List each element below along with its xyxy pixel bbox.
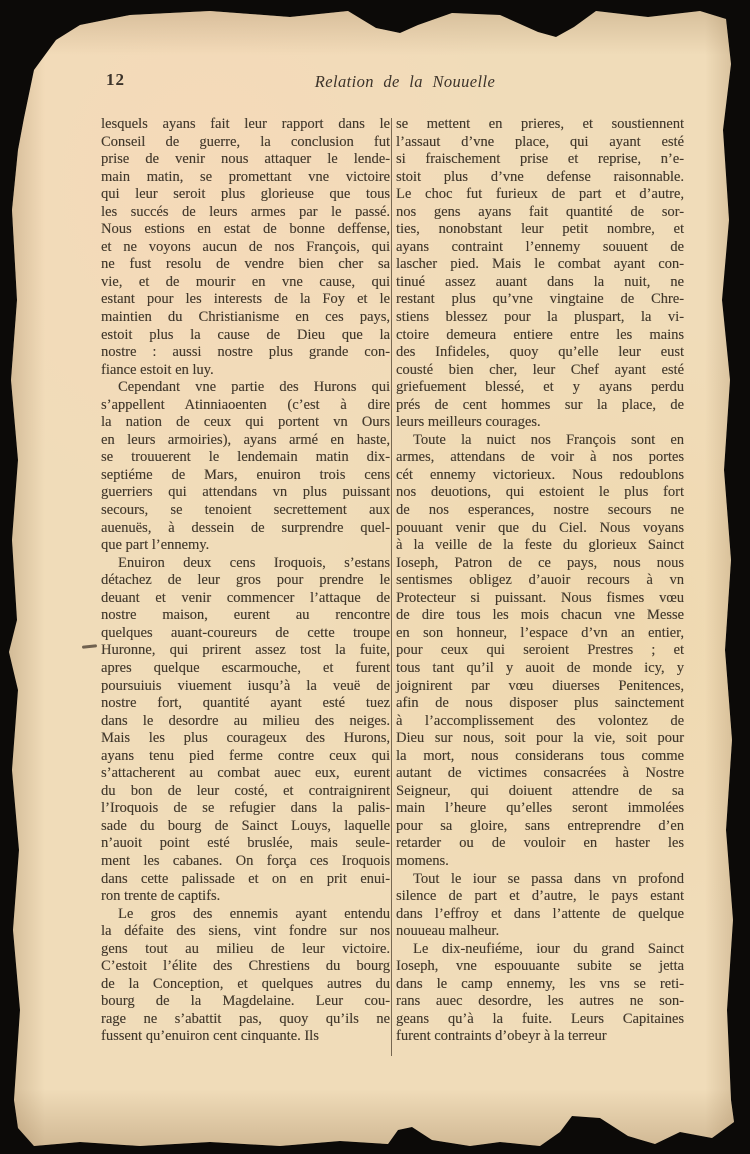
text-line: stoit plus d’vne defense raisonnable. — [396, 169, 684, 187]
text-line: deuant et venir commencer l’attaque de — [101, 590, 390, 608]
text-line: nouueau malheur. — [396, 923, 684, 941]
text-line: C’estoit l’élite des Chrestiens du bourg — [101, 958, 390, 976]
text-line: prés de cent hommes sur la place, de — [396, 397, 684, 415]
text-line: auenuës, à dessein de surprendre quel- — [101, 520, 390, 538]
text-line: pour sa gloire, sans entreprendre d’en — [396, 818, 684, 836]
text-line: tous tant qu’il y auoit de monde icy, y — [396, 660, 684, 678]
text-line: tinué assez auant dans la nuit, ne — [396, 274, 684, 292]
text-line: les succés de leurs armes par le passé. — [101, 204, 390, 222]
text-line: ctoire demeura entiere entre les mains — [396, 327, 684, 345]
text-line: Protecteur si puissant. Nous fismes vœu — [396, 590, 684, 608]
text-line: dans le camp ennemy, les vns se reti- — [396, 976, 684, 994]
margin-mark — [82, 644, 97, 649]
text-line: Ioseph, vne espouuante subite se jetta — [396, 958, 684, 976]
text-line: du bon de leur costé, et contraignirent — [101, 783, 390, 801]
text-line: Le dix-neufiéme, iour du grand Sainct — [396, 941, 684, 959]
text-line: restant plus qu’vne vingtaine de Chre- — [396, 291, 684, 309]
text-line: autant de victimes consacrées à Nostre — [396, 765, 684, 783]
text-line: afin de nous disposer plus sainctement — [396, 695, 684, 713]
text-line: Nous estions en estat de bonne deffense, — [101, 221, 390, 239]
text-line: nos gens ayans fait quantité de sor- — [396, 204, 684, 222]
text-line: armes, attendans de voir à nos portes — [396, 449, 684, 467]
text-line: en son honneur, l’espace d’vn an entier, — [396, 625, 684, 643]
text-line: dans l’effroy et dans l’attente de quelq… — [396, 906, 684, 924]
text-line: Seigneur, qui doiuent attendre de sa — [396, 783, 684, 801]
text-line: nostre fort, quantité ayant esté tuez — [101, 695, 390, 713]
text-line: bourg de la Magdelaine. Leur cou- — [101, 993, 390, 1011]
text-line: Mais les plus courageux des Hurons, — [101, 730, 390, 748]
text-line: momens. — [396, 853, 684, 871]
text-line: dans le desordre au milieu des neiges. — [101, 713, 390, 731]
text-line: ayans tenu pied ferme contre ceux qui — [101, 748, 390, 766]
text-line: pouuant venir que du Ciel. Nous voyans — [396, 520, 684, 538]
text-line: en leurs armoiries), ayans armé en haste… — [101, 432, 390, 450]
right-column: se mettent en prieres, et soustiennentl’… — [396, 116, 684, 1046]
text-line: Enuiron deux cens Iroquois, s’estans — [101, 555, 390, 573]
text-line: ties, nonobstant leur petit nombre, et — [396, 221, 684, 239]
text-line: geans qu’à la fuite. Leurs Capitaines — [396, 1011, 684, 1029]
text-line: de nos esperances, nostre secours ne — [396, 502, 684, 520]
text-line: Dieu sur nous, soit pour la vie, soit po… — [396, 730, 684, 748]
text-line: cousté bien cher, leur Chef ayant esté — [396, 362, 684, 380]
text-line: détachez de leur gros pour prendre le — [101, 572, 390, 590]
text-line: des Infideles, quoy qu’elle leur eust — [396, 344, 684, 362]
text-line: lesquels ayans fait leur rapport dans le — [101, 116, 390, 134]
text-line: rage ne s’abattit pas, quoy qu’ils ne — [101, 1011, 390, 1029]
text-line: quelques auant-coureurs de cette troupe — [101, 625, 390, 643]
text-line: nostre : aussi nostre plus grande con- — [101, 344, 390, 362]
text-line: Toute la nuict nos François sont en — [396, 432, 684, 450]
column-rule — [391, 118, 392, 1056]
text-line: gens tout au milieu de leur victoire. — [101, 941, 390, 959]
text-line: furent contraints d’obeyr à la terreur — [396, 1028, 684, 1046]
text-line: sade du bourg de Sainct Louys, laquelle — [101, 818, 390, 836]
text-line: Cependant vne partie des Hurons qui — [101, 379, 390, 397]
text-line: secours, se tenoient secrettement aux — [101, 502, 390, 520]
text-line: septiéme de Mars, enuiron trois cens — [101, 467, 390, 485]
text-line: de dire tous les mois chacun vne Messe — [396, 607, 684, 625]
text-line: apres quelque escarmouche, et furent — [101, 660, 390, 678]
text-line: n’auoit point esté bruslée, mais seule- — [101, 835, 390, 853]
text-line: vie, et de mourir en vne cause, qui — [101, 274, 390, 292]
text-line: se trouuerent le lendemain matin dix- — [101, 449, 390, 467]
text-line: ron trente de captifs. — [101, 888, 390, 906]
text-line: rans auec desordre, les autres ne son- — [396, 993, 684, 1011]
text-line: se mettent en prieres, et soustiennent — [396, 116, 684, 134]
text-line: à l’accomplissement des volontez de — [396, 713, 684, 731]
book-page: 12 Relation de la Nouuelle lesquels ayan… — [0, 0, 750, 1154]
text-line: estant pour les interests de la Foy et l… — [101, 291, 390, 309]
text-line: pour ceux qui seroient Prestres ; et — [396, 642, 684, 660]
text-line: et ne voyons aucun de nos François, qui — [101, 239, 390, 257]
text-line: stiens blessez pour la pluspart, la vi- — [396, 309, 684, 327]
text-line: prise de venir nous attaquer le lende- — [101, 151, 390, 169]
text-line: Huronne, qui prirent assez tost la fuite… — [101, 642, 390, 660]
text-line: la mort, nous considerans tous comme — [396, 748, 684, 766]
running-title: Relation de la Nouuelle — [315, 72, 495, 92]
text-line: si fraischement prise et reprise, n’e- — [396, 151, 684, 169]
text-line: guerriers qui attendans vn plus puissant — [101, 484, 390, 502]
text-line: à la veille de la feste du glorieux Sain… — [396, 537, 684, 555]
text-line: retarder ou de vouloir en haster les — [396, 835, 684, 853]
text-line: s’appellent Atinniaoenten (c’est à dire — [101, 397, 390, 415]
text-line: lascher pied. Mais le combat ayant con- — [396, 256, 684, 274]
text-line: ment les cabanes. On força ces Iroquois — [101, 853, 390, 871]
text-line: griefuement blessé, et y ayans perdu — [396, 379, 684, 397]
text-line: Ioseph, Patron de ce pays, nous nous — [396, 555, 684, 573]
text-line: Conseil de guerre, la conclusion fut — [101, 134, 390, 152]
text-line: main matin, se promettant vne victoire — [101, 169, 390, 187]
text-line: sentismes obligez d’auoir recours à vn — [396, 572, 684, 590]
text-line: fiance estoit en luy. — [101, 362, 390, 380]
text-line: qui leur seroit plus glorieuse que tous — [101, 186, 390, 204]
text-line: l’Iroquois de se refugier dans la palis- — [101, 800, 390, 818]
text-line: maintien du Christianisme en ces pays, — [101, 309, 390, 327]
text-line: Tout le iour se passa dans vn profond — [396, 871, 684, 889]
text-line: ne fust resolu de vendre bien cher sa — [101, 256, 390, 274]
left-column: lesquels ayans fait leur rapport dans le… — [101, 116, 390, 1046]
page-number: 12 — [106, 70, 125, 90]
text-line: que part l’ennemy. — [101, 537, 390, 555]
text-line: la défaite des siens, vint fondre sur no… — [101, 923, 390, 941]
text-line: nostre maison, eurent au rencontre — [101, 607, 390, 625]
text-line: Le choc fut furieux de part et d’autre, — [396, 186, 684, 204]
text-line: leurs meilleurs courages. — [396, 414, 684, 432]
text-line: cét ennemy victorieux. Nous redoublons — [396, 467, 684, 485]
text-line: fussent qu’enuiron cent cinquante. Ils — [101, 1028, 390, 1046]
text-line: poursuiuis viuement iusqu’à la veuë de — [101, 678, 390, 696]
page-scan: 12 Relation de la Nouuelle lesquels ayan… — [0, 0, 750, 1154]
text-line: Le gros des ennemis ayant entendu — [101, 906, 390, 924]
text-line: estoit plus la cause de Dieu que la — [101, 327, 390, 345]
text-line: l’assaut d’vne place, qui ayant esté — [396, 134, 684, 152]
text-line: s’attacherent au combat auec eux, eurent — [101, 765, 390, 783]
text-line: ayans contraint l’ennemy souuent de — [396, 239, 684, 257]
text-line: de la Conception, et quelques autres du — [101, 976, 390, 994]
text-line: silence de part et d’autre, le pays esta… — [396, 888, 684, 906]
text-line: nos deuotions, qui estoient le plus fort — [396, 484, 684, 502]
text-line: la nation de ceux qui portent vn Ours — [101, 414, 390, 432]
text-line: main l’heure qu’elles seront immolées — [396, 800, 684, 818]
text-line: joignirent par vœu diuerses Penitences, — [396, 678, 684, 696]
text-line: dans cette palissade et on en prit enui- — [101, 871, 390, 889]
